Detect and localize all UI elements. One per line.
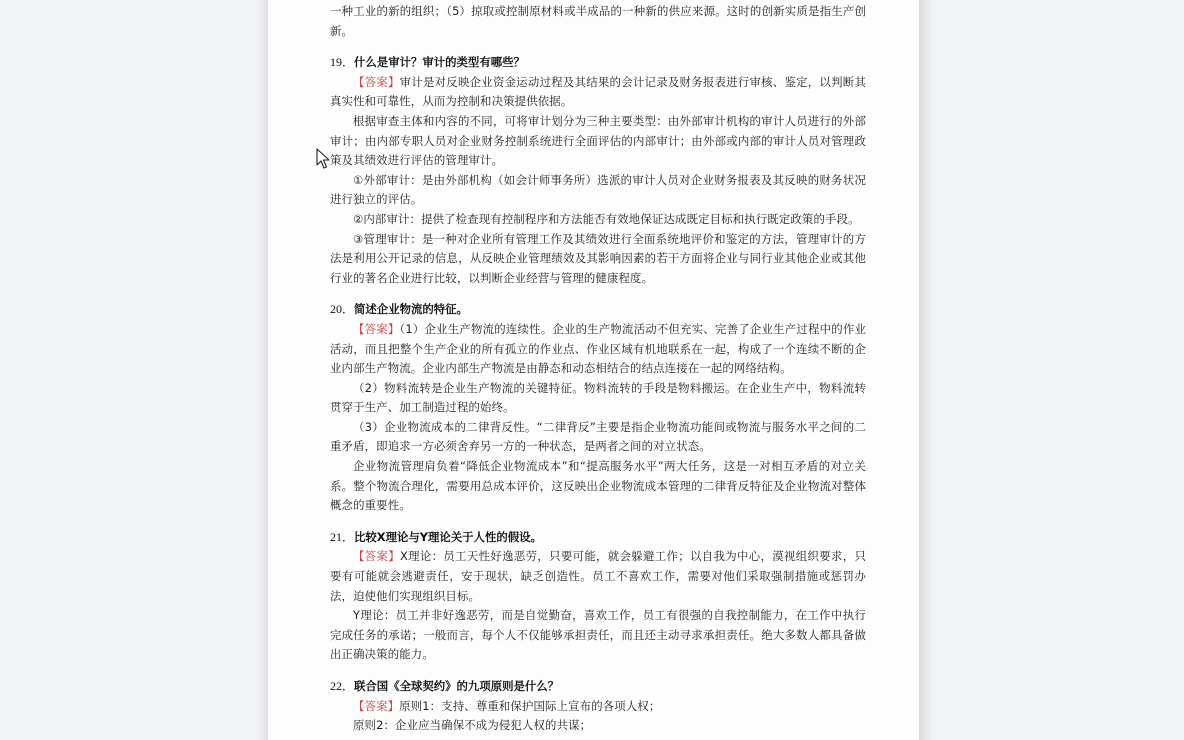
question-heading: 22．联合国《全球契约》的九项原则是什么？ [330, 677, 866, 697]
answer-paragraph: 【答案】审计是对反映企业资金运动过程及其结果的会计记录及财务报表进行审核、鉴定，… [330, 73, 866, 112]
answer-paragraph: ①外部审计：是由外部机构（如会计师事务所）选派的审计人员对企业财务报表及其反映的… [330, 171, 866, 210]
answer-text: （1）企业生产物流的连续性。企业的生产物流活动不但充实、完善了企业生产过程中的作… [330, 322, 866, 375]
answer-paragraph: 企业物流管理肩负着“降低企业物流成本”和“提高服务水平”两大任务，这是一对相互矛… [330, 457, 866, 516]
question-number: 21． [330, 530, 354, 544]
answer-paragraph: 根据审查主体和内容的不同，可将审计划分为三种主要类型：由外部审计机构的审计人员进… [330, 112, 866, 171]
answer-paragraph: Y理论：员工并非好逸恶劳，而是自觉勤奋，喜欢工作，员工有很强的自我控制能力，在工… [330, 606, 866, 665]
page-shadow-left [258, 0, 268, 740]
answer-paragraph: ③管理审计：是一种对企业所有管理工作及其绩效进行全面系统地评价和鉴定的方法，管理… [330, 230, 866, 289]
answer-tag: 【答案】 [353, 322, 399, 336]
answer-paragraph: （2）物料流转是企业生产物流的关键特征。物料流转的手段是物料搬运。在企业生产中，… [330, 379, 866, 418]
question-number: 20． [330, 302, 354, 316]
answer-text: 原则1：支持、尊重和保护国际上宣布的各项人权； [399, 699, 660, 713]
question-number: 22． [330, 679, 354, 693]
question-title: 什么是审计？审计的类型有哪些？ [354, 55, 525, 69]
page-content: 一种工业的新的组织；（5）掠取或控制原材料或半成品的一种新的供应来源。这时的创新… [330, 2, 866, 736]
question-heading: 21．比较X理论与Y理论关于人性的假设。 [330, 528, 866, 548]
question-number: 19． [330, 55, 354, 69]
lead-in-paragraph: 一种工业的新的组织；（5）掠取或控制原材料或半成品的一种新的供应来源。这时的创新… [330, 2, 866, 41]
document-page: 一种工业的新的组织；（5）掠取或控制原材料或半成品的一种新的供应来源。这时的创新… [268, 0, 919, 740]
answer-paragraph: 原则2：企业应当确保不成为侵犯人权的共谋； [330, 716, 866, 736]
question-title: 联合国《全球契约》的九项原则是什么？ [354, 679, 559, 693]
document-viewer[interactable]: 一种工业的新的组织；（5）掠取或控制原材料或半成品的一种新的供应来源。这时的创新… [0, 0, 1184, 740]
answer-paragraph: 【答案】X理论：员工天性好逸恶劳，只要可能，就会躲避工作；以自我为中心，漠视组织… [330, 547, 866, 606]
answer-text: X理论：员工天性好逸恶劳，只要可能，就会躲避工作；以自我为中心，漠视组织要求，只… [330, 549, 866, 602]
question-20: 20．简述企业物流的特征。 【答案】（1）企业生产物流的连续性。企业的生产物流活… [330, 300, 866, 516]
question-title: 简述企业物流的特征。 [354, 302, 468, 316]
question-22: 22．联合国《全球契约》的九项原则是什么？ 【答案】原则1：支持、尊重和保护国际… [330, 677, 866, 736]
answer-tag: 【答案】 [353, 699, 399, 713]
question-title: 比较X理论与Y理论关于人性的假设。 [354, 530, 542, 544]
answer-paragraph: 【答案】原则1：支持、尊重和保护国际上宣布的各项人权； [330, 697, 866, 717]
answer-paragraph: 【答案】（1）企业生产物流的连续性。企业的生产物流活动不但充实、完善了企业生产过… [330, 320, 866, 379]
mouse-pointer-icon [316, 148, 332, 170]
answer-tag: 【答案】 [353, 75, 400, 89]
answer-paragraph: （3）企业物流成本的二律背反性。“二律背反”主要是指企业物流功能间或物流与服务水… [330, 418, 866, 457]
answer-paragraph: ②内部审计：提供了检查现有控制程序和方法能否有效地保证达成既定目标和执行既定政策… [330, 210, 866, 230]
question-heading: 19．什么是审计？审计的类型有哪些？ [330, 53, 866, 73]
page-shadow-right [919, 0, 933, 740]
question-heading: 20．简述企业物流的特征。 [330, 300, 866, 320]
answer-tag: 【答案】 [353, 549, 400, 563]
question-21: 21．比较X理论与Y理论关于人性的假设。 【答案】X理论：员工天性好逸恶劳，只要… [330, 528, 866, 665]
question-19: 19．什么是审计？审计的类型有哪些？ 【答案】审计是对反映企业资金运动过程及其结… [330, 53, 866, 288]
answer-text: 审计是对反映企业资金运动过程及其结果的会计记录及财务报表进行审核、鉴定，以判断其… [330, 75, 866, 109]
